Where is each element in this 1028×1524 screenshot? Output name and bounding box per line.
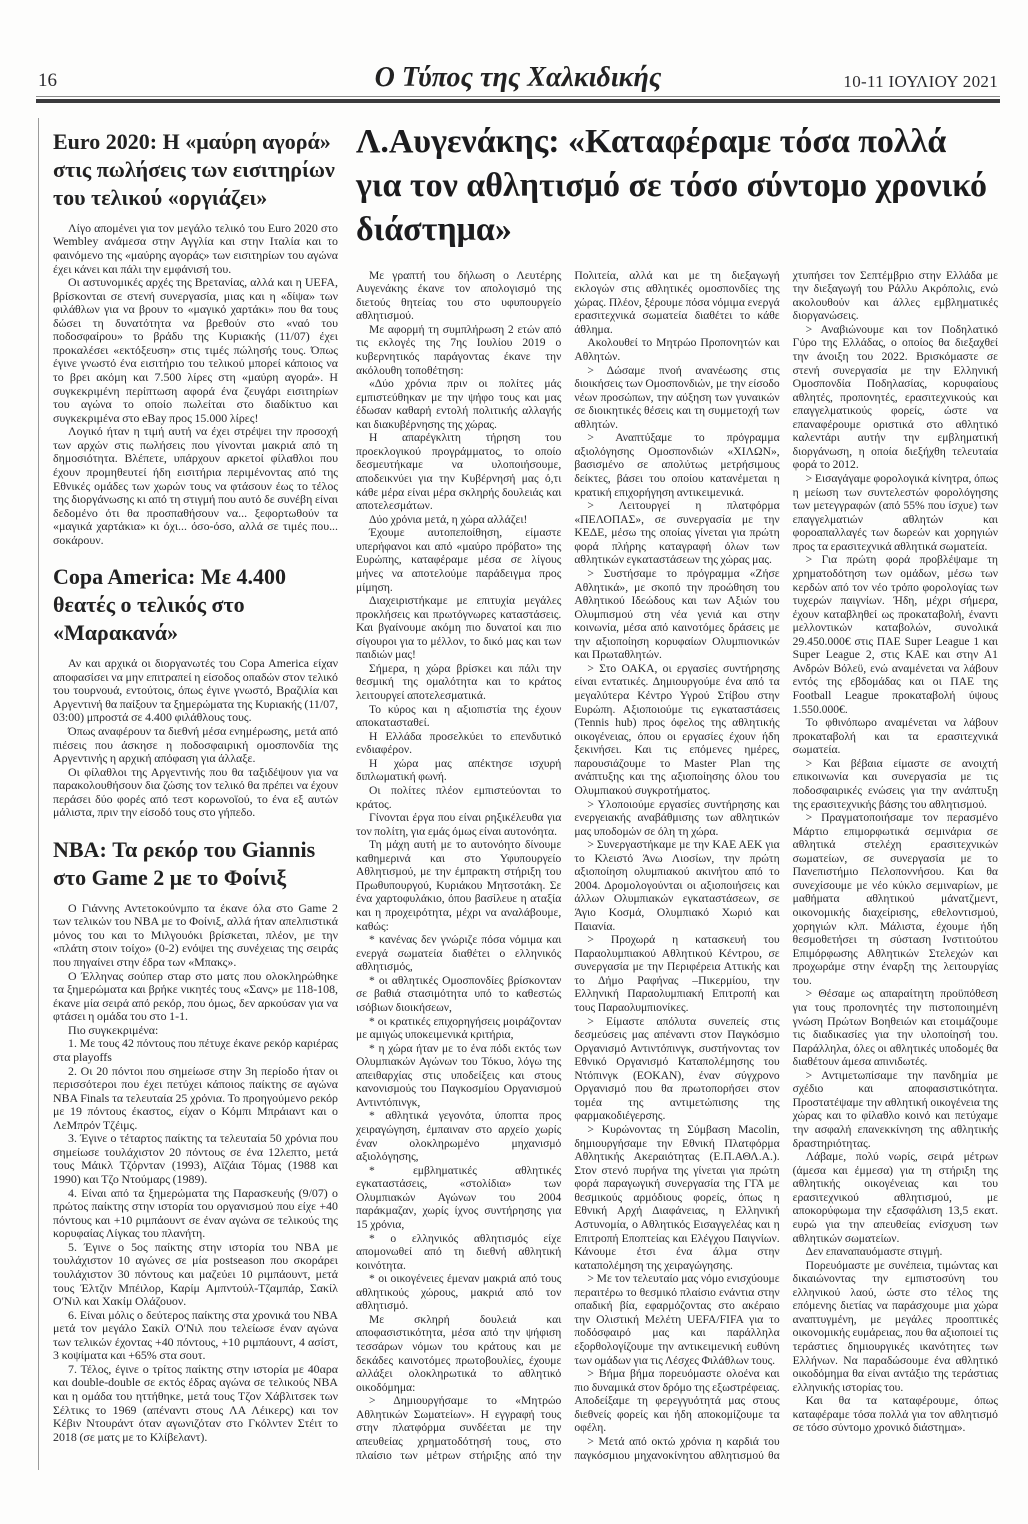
header-rule <box>36 96 1000 103</box>
sidebar-column: Euro 2020: Η «μαύρη αγορά» στις πωλήσεις… <box>38 118 338 1470</box>
paragraph: Με γραπτή του δήλωση ο Λευτέρης Αυγενάκη… <box>356 269 561 323</box>
paragraph: Το κύρος και η αξιοπιστία της έχουν αποκ… <box>356 703 561 730</box>
paragraph: Με αφορμή τη συμπλήρωση 2 ετών από τις ε… <box>356 323 561 377</box>
paragraph: * οι οικογένειες έμεναν μακριά από τους … <box>356 1272 561 1313</box>
paragraph: > Για πρώτη φορά προβλέψαμε τη χρηματοδό… <box>793 553 998 716</box>
masthead-title: Ο Τύπος της Χαλκιδικής <box>375 62 662 94</box>
article-title: Euro 2020: Η «μαύρη αγορά» στις πωλήσεις… <box>53 128 338 212</box>
paragraph: Δύο χρόνια μετά, η χώρα αλλάζει! <box>356 513 561 527</box>
paragraph: * οι αθλητικές Ομοσπονδίες βρίσκονταν σε… <box>356 974 561 1015</box>
page-content: Euro 2020: Η «μαύρη αγορά» στις πωλήσεις… <box>38 118 998 1470</box>
paragraph: Λάβαμε, πολύ νωρίς, σειρά μέτρων (άμεσα … <box>793 1150 998 1245</box>
main-article: Λ.Αυγενάκης: «Καταφέραμε τόσα πολλά για … <box>356 118 998 1470</box>
paragraph: * κανένας δεν γνώριζε πόσα νόμιμα και εν… <box>356 933 561 974</box>
paragraph: Οι αστυνομικές αρχές της Βρετανίας, αλλά… <box>53 276 338 425</box>
sidebar-article-euro2020: Euro 2020: Η «μαύρη αγορά» στις πωλήσεις… <box>53 128 338 547</box>
paragraph: > Πραγματοποιήσαμε τον περασμένο Μάρτιο … <box>793 811 998 987</box>
paragraph: Η χώρα μας απέκτησε ισχυρή διπλωματική φ… <box>356 757 561 784</box>
paragraph: > Βήμα βήμα πορευόμαστε ολοένα και πιο δ… <box>574 1367 779 1435</box>
paragraph: > Δώσαμε πνοή ανανέωσης στις διοικήσεις … <box>574 364 779 432</box>
paragraph: 3. Έγινε ο τέταρτος παίκτης τα τελευταία… <box>53 1132 338 1186</box>
paragraph: > Θέσαμε ως απαραίτητη προϋπόθεση για το… <box>793 987 998 1068</box>
paragraph: > Συνεργαστήκαμε με την ΚΑΕ ΑΕΚ για το Κ… <box>574 838 779 933</box>
paragraph: Τη μάχη αυτή με το αυτονόητο δίνουμε καθ… <box>356 838 561 933</box>
main-headline: Λ.Αυγενάκης: «Καταφέραμε τόσα πολλά για … <box>356 120 998 253</box>
paragraph: 5. Έγινε ο 5ος παίκτης στην ιστορία του … <box>53 1241 338 1309</box>
paragraph: > Και βέβαια είμαστε σε ανοιχτή επικοινω… <box>793 757 998 811</box>
paragraph: «Δύο χρόνια πριν οι πολίτες μάς εμπιστεύ… <box>356 377 561 431</box>
paragraph: > Κυρώνοντας τη Σύμβαση Macolin, δημιουρ… <box>574 1123 779 1272</box>
paragraph: > Υλοποιούμε εργασίες συντήρησης και ενε… <box>574 798 779 839</box>
paragraph: Πιο συγκεκριμένα: <box>53 1024 338 1038</box>
paragraph: > Στο ΟΑΚΑ, οι εργασίες συντήρησης είναι… <box>574 662 779 798</box>
paragraph: Το φθινόπωρο αναμένεται να λάβουν προκατ… <box>793 716 998 757</box>
paragraph: > Αναπτύξαμε το πρόγραμμα αξιολόγησης Ομ… <box>574 431 779 499</box>
article-body: Ο Γιάννης Αντετοκούνμπο τα έκανε όλα στο… <box>53 902 338 1445</box>
paragraph: > Εισαγάγαμε φορολογικά κίνητρα, όπως η … <box>793 472 998 553</box>
main-article-body: Με γραπτή του δήλωση ο Λευτέρης Αυγενάκη… <box>356 269 998 1470</box>
paragraph: Δεν επαναπαυόμαστε στιγμή. <box>793 1245 998 1259</box>
paragraph: > Είμαστε απόλυτα συνεπείς στις δεσμεύσε… <box>574 1015 779 1124</box>
paragraph: * ο ελληνικός αθλητισμός είχε απομονωθεί… <box>356 1232 561 1273</box>
paragraph: 7. Τέλος, έγινε ο τρίτος παίκτης στην ισ… <box>53 1363 338 1444</box>
paragraph: Λογικό ήταν η τιμή αυτή να έχει στρέψει … <box>53 425 338 547</box>
paragraph: Έχουμε αυτοπεποίθηση, είμαστε υπερήφανοι… <box>356 526 561 594</box>
article-title: Copa America: Με 4.400 θεατές ο τελικός … <box>53 563 338 647</box>
paragraph: Γίνονται έργα που είναι ρηξικέλευθα για … <box>356 811 561 838</box>
paragraph: Η απαρέγκλιτη τήρηση του προεκλογικού πρ… <box>356 431 561 512</box>
newspaper-page: 16 Ο Τύπος της Χαλκιδικής 10-11 ΙΟΥΛΙΟΥ … <box>0 0 1028 1524</box>
paragraph: > Λειτουργεί η πλατφόρμα «ΠΕΛΟΠΑΣ», σε σ… <box>574 499 779 567</box>
paragraph: > Συστήσαμε το πρόγραμμα «Ζήσε Αθλητικά»… <box>574 567 779 662</box>
paragraph: > Αντιμετωπίσαμε την πανδημία με σχέδιο … <box>793 1069 998 1150</box>
paragraph: Πορευόμαστε με συνέπεια, τιμώντας και δι… <box>793 1259 998 1395</box>
paragraph: Ακολουθεί το Μητρώο Προπονητών και Αθλητ… <box>574 336 779 363</box>
paragraph: * εμβληματικές αθλητικές εγκαταστάσεις, … <box>356 1164 561 1232</box>
paragraph: Λίγο απομένει για τον μεγάλο τελικό του … <box>53 222 338 276</box>
paragraph: * η χώρα ήταν με το ένα πόδι εκτός των Ο… <box>356 1042 561 1110</box>
paragraph: * αθλητικά γεγονότα, ύποπτα προς χειραγώ… <box>356 1109 561 1163</box>
paragraph: Η Ελλάδα προσελκύει το επενδυτικό ενδιαφ… <box>356 730 561 757</box>
paragraph: 6. Είναι μόλις ο δεύτερος παίκτης στα χρ… <box>53 1309 338 1363</box>
paragraph: Οι πολίτες πλέον εμπιστεύονται το κράτος… <box>356 784 561 811</box>
paragraph: Σήμερα, η χώρα βρίσκει και πάλι την θεσμ… <box>356 662 561 703</box>
paragraph: > Αναβιώνουμε και τον Ποδηλατικό Γύρο τη… <box>793 323 998 472</box>
paragraph: Όπως αναφέρουν τα διεθνή μέσα ενημέρωσης… <box>53 725 338 766</box>
paragraph: Οι φίλαθλοι της Αργεντινής που θα ταξιδέ… <box>53 766 338 820</box>
paragraph: Ο Γιάννης Αντετοκούνμπο τα έκανε όλα στο… <box>53 902 338 970</box>
paragraph: > Προχωρά η κατασκευή του Παραολυμπιακού… <box>574 933 779 1014</box>
paragraph: Διαχειριστήκαμε με επιτυχία μεγάλες προκ… <box>356 594 561 662</box>
sidebar-article-copa-america: Copa America: Με 4.400 θεατές ο τελικός … <box>53 563 338 820</box>
paragraph: Και θα τα καταφέρουμε, όπως καταφέραμε τ… <box>793 1394 998 1435</box>
paragraph: > Με τον τελευταίο μας νόμο ενισχύουμε π… <box>574 1272 779 1367</box>
article-title: NBA: Τα ρεκόρ του Giannis στο Game 2 με … <box>53 836 338 892</box>
issue-date: 10-11 ΙΟΥΛΙΟΥ 2021 <box>843 72 998 92</box>
paragraph: 1. Με τους 42 πόντους που πέτυχε έκανε ρ… <box>53 1037 338 1064</box>
paragraph: 2. Οι 20 πόντοι που σημείωσε στην 3η περ… <box>53 1065 338 1133</box>
page-number: 16 <box>38 70 57 92</box>
paragraph: 4. Είναι από τα ξημερώματα της Παρασκευή… <box>53 1187 338 1241</box>
page-header: 16 Ο Τύπος της Χαλκιδικής 10-11 ΙΟΥΛΙΟΥ … <box>38 58 998 94</box>
sidebar-article-nba-giannis: NBA: Τα ρεκόρ του Giannis στο Game 2 με … <box>53 836 338 1444</box>
paragraph: * οι κρατικές επιχορηγήσεις μοιράζονταν … <box>356 1015 561 1042</box>
paragraph: Ο Έλληνας σούπερ σταρ στο ματς που ολοκλ… <box>53 970 338 1024</box>
article-body: Λίγο απομένει για τον μεγάλο τελικό του … <box>53 222 338 548</box>
paragraph: Αν και αρχικά οι διοργανωτές του Copa Am… <box>53 657 338 725</box>
paragraph: Με σκληρή δουλειά και αποφασιστικότητα, … <box>356 1313 561 1394</box>
article-body: Αν και αρχικά οι διοργανωτές του Copa Am… <box>53 657 338 820</box>
